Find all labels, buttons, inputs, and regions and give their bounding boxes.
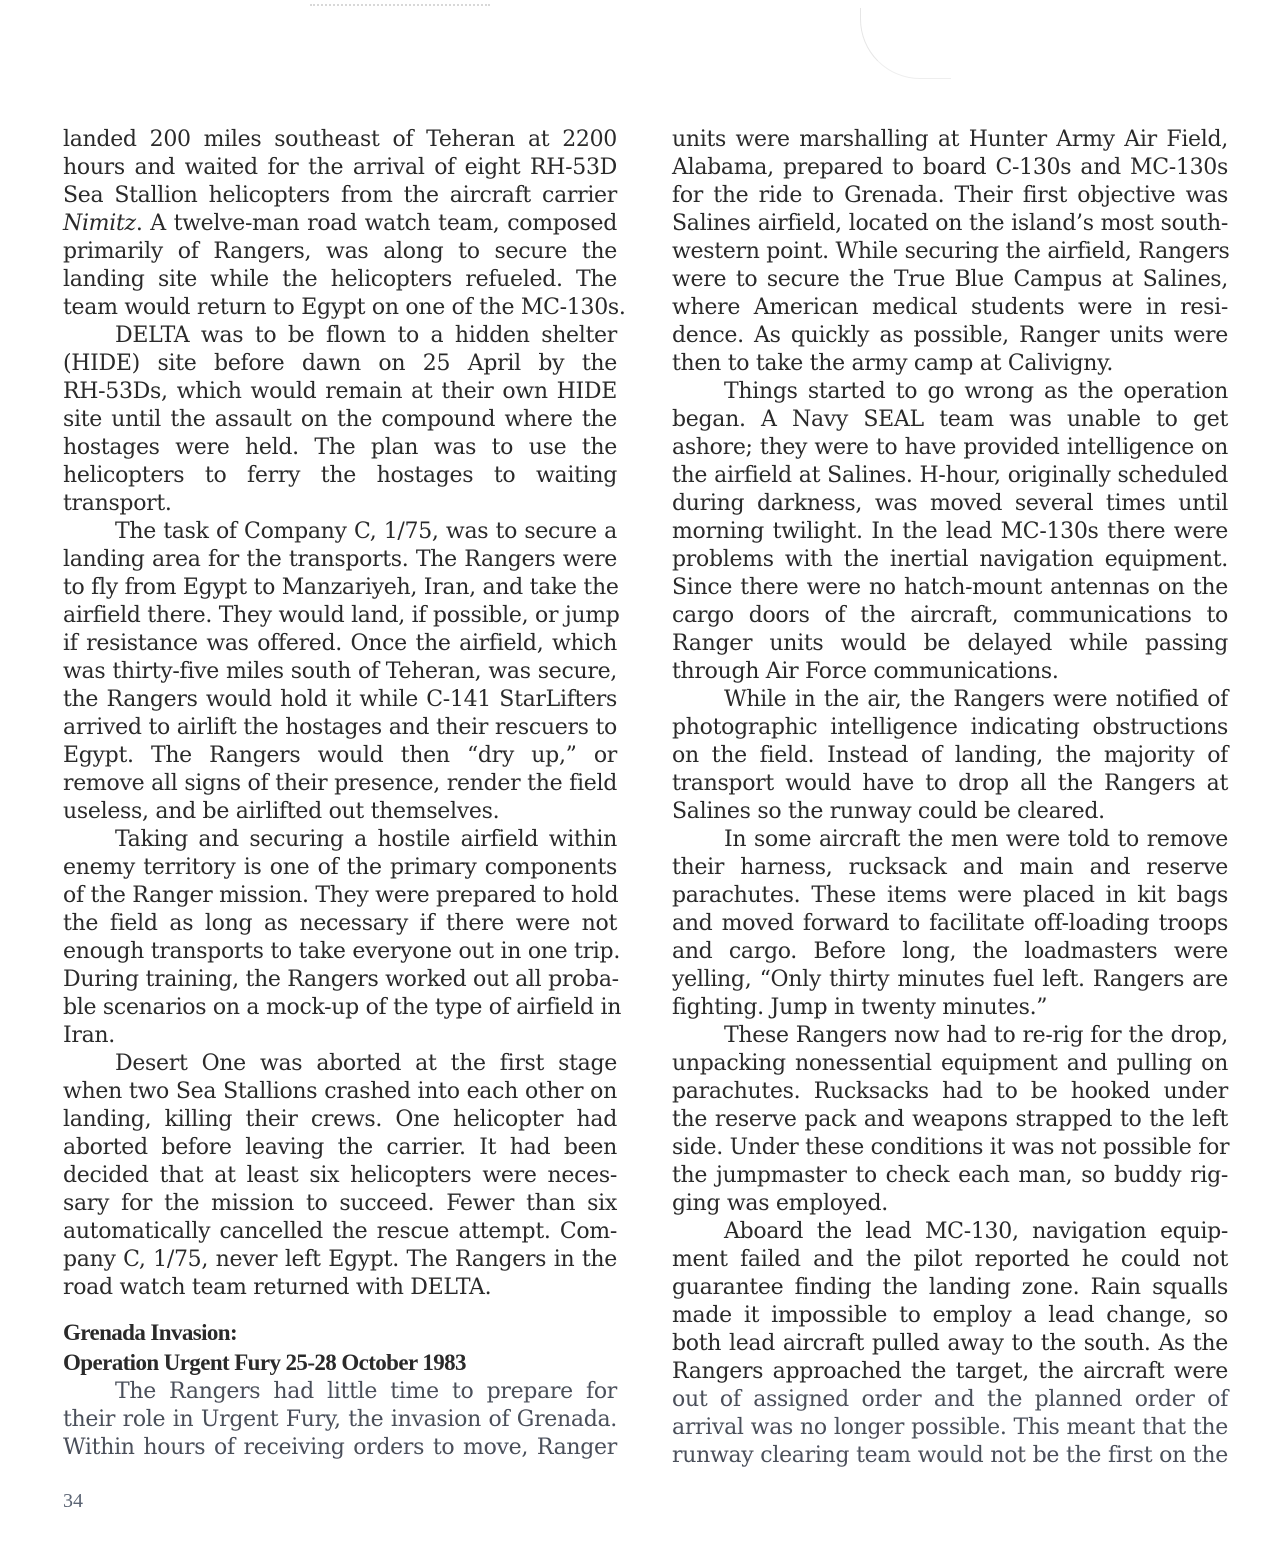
scan-artifact [310,4,490,9]
text-line: sary for the mission to succeed. Fewer t… [63,1190,617,1218]
text-line: arrived to airlift the hostages and thei… [63,714,617,742]
paragraph-r4: In some aircraft the men were told to re… [672,826,1228,1022]
text-line: Iran. [63,1022,617,1050]
text-line: ble scenarios on a mock-up of the type o… [63,994,617,1022]
text-line: out of assigned order and the planned or… [672,1386,1228,1414]
paragraph-r2: Things started to go wrong as the operat… [672,378,1228,686]
text-line: Rangers approached the target, the aircr… [672,1358,1228,1386]
text-line: of the Ranger mission. They were prepare… [63,882,617,910]
text-line: where American medical students were in … [672,294,1228,322]
text-line: ging was employed. [672,1190,1228,1218]
scan-artifact-curve [860,8,951,79]
text-line: remove all signs of their presence, rend… [63,770,617,798]
text-line: landing site while the helicopters refue… [63,266,617,294]
text-line: unpacking nonessential equipment and pul… [672,1050,1228,1078]
text-line: Aboard the lead MC-130, navigation equip… [672,1218,1228,1246]
text-line: dence. As quickly as possible, Ranger un… [672,322,1228,350]
text-line: site until the assault on the compound w… [63,406,617,434]
text-line: if resistance was offered. Once the airf… [63,630,617,658]
text-line: Salines so the runway could be cleared. [672,798,1228,826]
text-line: parachutes. These items were placed in k… [672,882,1228,910]
text-line: fighting. Jump in twenty minutes.” [672,994,1228,1022]
text-line: useless, and be airlifted out themselves… [63,798,617,826]
paragraph-4: Taking and securing a hostile airfield w… [63,826,617,1050]
text-line: hostages were held. The plan was to use … [63,434,617,462]
text-line: primarily of Rangers, was along to secur… [63,238,617,266]
text-line: the Rangers would hold it while C-141 St… [63,686,617,714]
text-line: landing area for the transports. The Ran… [63,546,617,574]
text-line: hours and waited for the arrival of eigh… [63,154,617,182]
paragraph-1: landed 200 miles southeast of Teheran at… [63,126,617,322]
text-line: through Air Force communications. [672,658,1228,686]
text-line: when two Sea Stallions crashed into each… [63,1078,617,1106]
text-line: Taking and securing a hostile airfield w… [63,826,617,854]
text-line: units were marshalling at Hunter Army Ai… [672,126,1228,154]
text-fragment: . A twelve-man road watch team, composed [136,211,617,236]
page-number: 34 [63,1490,83,1513]
paragraph-3: The task of Company C, 1/75, was to secu… [63,518,617,826]
text-line: (HIDE) site before dawn on 25 April by t… [63,350,617,378]
text-line: the airfield at Salines. H-hour, origina… [672,462,1228,490]
text-line: enough transports to take everyone out i… [63,938,617,966]
text-line: road watch team returned with DELTA. [63,1274,617,1302]
text-line: then to take the army camp at Calivigny. [672,350,1228,378]
paragraph-r3: While in the air, the Rangers were notif… [672,686,1228,826]
text-line: their harness, rucksack and main and res… [672,854,1228,882]
paragraph-6: The Rangers had little time to prepare f… [63,1378,617,1462]
text-line: Within hours of receiving orders to move… [63,1434,617,1462]
text-line: western point. While securing the airfie… [672,238,1228,266]
heading-line-2: Operation Urgent Fury 25-28 October 1983 [63,1348,617,1378]
text-line: was thirty-five miles south of Teheran, … [63,658,617,686]
paragraph-r6: Aboard the lead MC-130, navigation equip… [672,1218,1228,1470]
text-line: transport. [63,490,617,518]
text-line: their role in Urgent Fury, the invasion … [63,1406,617,1434]
text-line: the field as long as necessary if there … [63,910,617,938]
text-line: problems with the inertial navigation eq… [672,546,1228,574]
text-line: morning twilight. In the lead MC-130s th… [672,518,1228,546]
text-line: and moved forward to facilitate off-load… [672,910,1228,938]
text-line: made it impossible to employ a lead chan… [672,1302,1228,1330]
text-line: the reserve pack and weapons strapped to… [672,1106,1228,1134]
text-line: ashore; they were to have provided intel… [672,434,1228,462]
text-line: during darkness, was moved several times… [672,490,1228,518]
text-line: on the field. Instead of landing, the ma… [672,742,1228,770]
paragraph-r5: These Rangers now had to re-rig for the … [672,1022,1228,1218]
text-line: Nimitz. A twelve-man road watch team, co… [63,210,617,238]
text-line: runway clearing team would not be the fi… [672,1442,1228,1470]
text-line: Desert One was aborted at the first stag… [63,1050,617,1078]
text-line: The Rangers had little time to prepare f… [63,1378,617,1406]
text-line: In some aircraft the men were told to re… [672,826,1228,854]
heading-line-1: Grenada Invasion: [63,1318,617,1348]
text-line: Salines airfield, located on the island’… [672,210,1228,238]
text-line: During training, the Rangers worked out … [63,966,617,994]
paragraph-2: DELTA was to be flown to a hidden shelte… [63,322,617,518]
right-column: units were marshalling at Hunter Army Ai… [672,126,1228,1470]
text-line: RH-53Ds, which would remain at their own… [63,378,617,406]
text-line: DELTA was to be flown to a hidden shelte… [63,322,617,350]
left-column: landed 200 miles southeast of Teheran at… [63,126,617,1462]
section-heading: Grenada Invasion: Operation Urgent Fury … [63,1318,617,1378]
text-line: transport would have to drop all the Ran… [672,770,1228,798]
text-line: Since there were no hatch-mount antennas… [672,574,1228,602]
text-line: to fly from Egypt to Manzariyeh, Iran, a… [63,574,617,602]
ship-name-italic: Nimitz [63,211,136,236]
text-line: arrival was no longer possible. This mea… [672,1414,1228,1442]
text-line: yelling, “Only thirty minutes fuel left.… [672,966,1228,994]
book-page: landed 200 miles southeast of Teheran at… [0,0,1280,1560]
text-line: guarantee finding the landing zone. Rain… [672,1274,1228,1302]
text-line: cargo doors of the aircraft, communicati… [672,602,1228,630]
text-line: side. Under these conditions it was not … [672,1134,1228,1162]
text-line: both lead aircraft pulled away to the so… [672,1330,1228,1358]
text-line: began. A Navy SEAL team was unable to ge… [672,406,1228,434]
text-line: parachutes. Rucksacks had to be hooked u… [672,1078,1228,1106]
text-line: These Rangers now had to re-rig for the … [672,1022,1228,1050]
text-line: landed 200 miles southeast of Teheran at… [63,126,617,154]
text-line: Sea Stallion helicopters from the aircra… [63,182,617,210]
text-line: The task of Company C, 1/75, was to secu… [63,518,617,546]
text-line: Ranger units would be delayed while pass… [672,630,1228,658]
text-line: landing, killing their crews. One helico… [63,1106,617,1134]
text-line: decided that at least six helicopters we… [63,1162,617,1190]
text-line: were to secure the True Blue Campus at S… [672,266,1228,294]
text-line: and cargo. Before long, the loadmasters … [672,938,1228,966]
text-line: While in the air, the Rangers were notif… [672,686,1228,714]
paragraph-5: Desert One was aborted at the first stag… [63,1050,617,1302]
section-gap [63,1302,617,1318]
text-line: aborted before leaving the carrier. It h… [63,1134,617,1162]
text-line: for the ride to Grenada. Their first obj… [672,182,1228,210]
text-line: automatically cancelled the rescue attem… [63,1218,617,1246]
text-line: Alabama, prepared to board C-130s and MC… [672,154,1228,182]
text-line: Things started to go wrong as the operat… [672,378,1228,406]
text-line: Egypt. The Rangers would then “dry up,” … [63,742,617,770]
text-line: helicopters to ferry the hostages to wai… [63,462,617,490]
text-line: airfield there. They would land, if poss… [63,602,617,630]
text-line: pany C, 1/75, never left Egypt. The Rang… [63,1246,617,1274]
text-line: team would return to Egypt on one of the… [63,294,617,322]
text-line: photographic intelligence indicating obs… [672,714,1228,742]
text-line: enemy territory is one of the primary co… [63,854,617,882]
paragraph-r1: units were marshalling at Hunter Army Ai… [672,126,1228,378]
text-line: the jumpmaster to check each man, so bud… [672,1162,1228,1190]
text-line: ment failed and the pilot reported he co… [672,1246,1228,1274]
